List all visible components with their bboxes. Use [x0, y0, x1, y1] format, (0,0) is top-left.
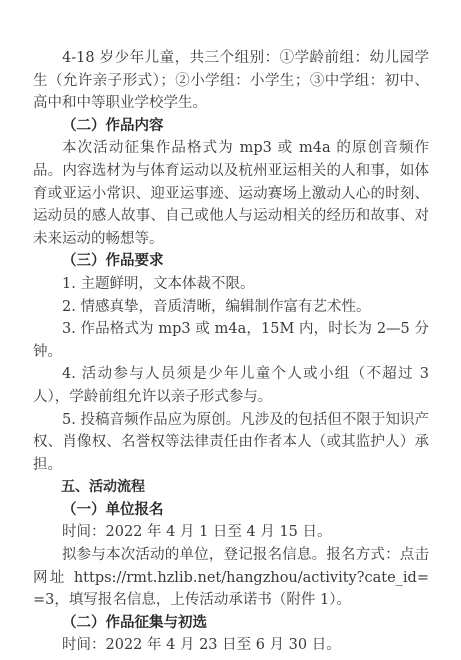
requirement-item-1: 1. 主题鲜明，文本体裁不限。	[33, 273, 429, 296]
heading-work-content: （二）作品内容	[33, 115, 429, 138]
paragraph-registration-time: 时间：2022 年 4 月 1 日至 4 月 15 日。	[33, 521, 429, 544]
requirement-item-2: 2. 情感真挚，音质清晰，编辑制作富有艺术性。	[33, 296, 429, 319]
paragraph-collection-time: 时间：2022 年 4 月 23 日至 6 月 30 日。	[33, 634, 429, 657]
heading-work-requirements: （三）作品要求	[33, 250, 429, 273]
paragraph-registration-method: 拟参与本次活动的单位，登记报名信息。报名方式：点击网址 https://rmt.…	[33, 544, 429, 612]
heading-collection-selection: （二）作品征集与初选	[33, 612, 429, 635]
paragraph-age-groups: 4-18 岁少年儿童，共三个组别：①学龄前组：幼儿园学生（允许亲子形式）；②小学…	[33, 47, 429, 115]
paragraph-work-content: 本次活动征集作品格式为 mp3 或 m4a 的原创音频作品。内容选材为与体育运动…	[33, 137, 429, 250]
heading-unit-registration: （一）单位报名	[33, 499, 429, 522]
heading-activity-process: 五、活动流程	[33, 476, 429, 499]
document-body: 4-18 岁少年儿童，共三个组别：①学龄前组：幼儿园学生（允许亲子形式）；②小学…	[33, 47, 429, 657]
requirement-item-5: 5. 投稿音频作品应为原创。凡涉及的包括但不限于知识产权、肖像权、名誉权等法律责…	[33, 409, 429, 477]
requirement-item-4: 4. 活动参与人员须是少年儿童个人或小组（不超过 3 人），学龄前组允许以亲子形…	[33, 363, 429, 408]
requirement-item-3: 3. 作品格式为 mp3 或 m4a，15M 内，时长为 2—5 分钟。	[33, 318, 429, 363]
document-page: 4-18 岁少年儿童，共三个组别：①学龄前组：幼儿园学生（允许亲子形式）；②小学…	[0, 0, 461, 660]
